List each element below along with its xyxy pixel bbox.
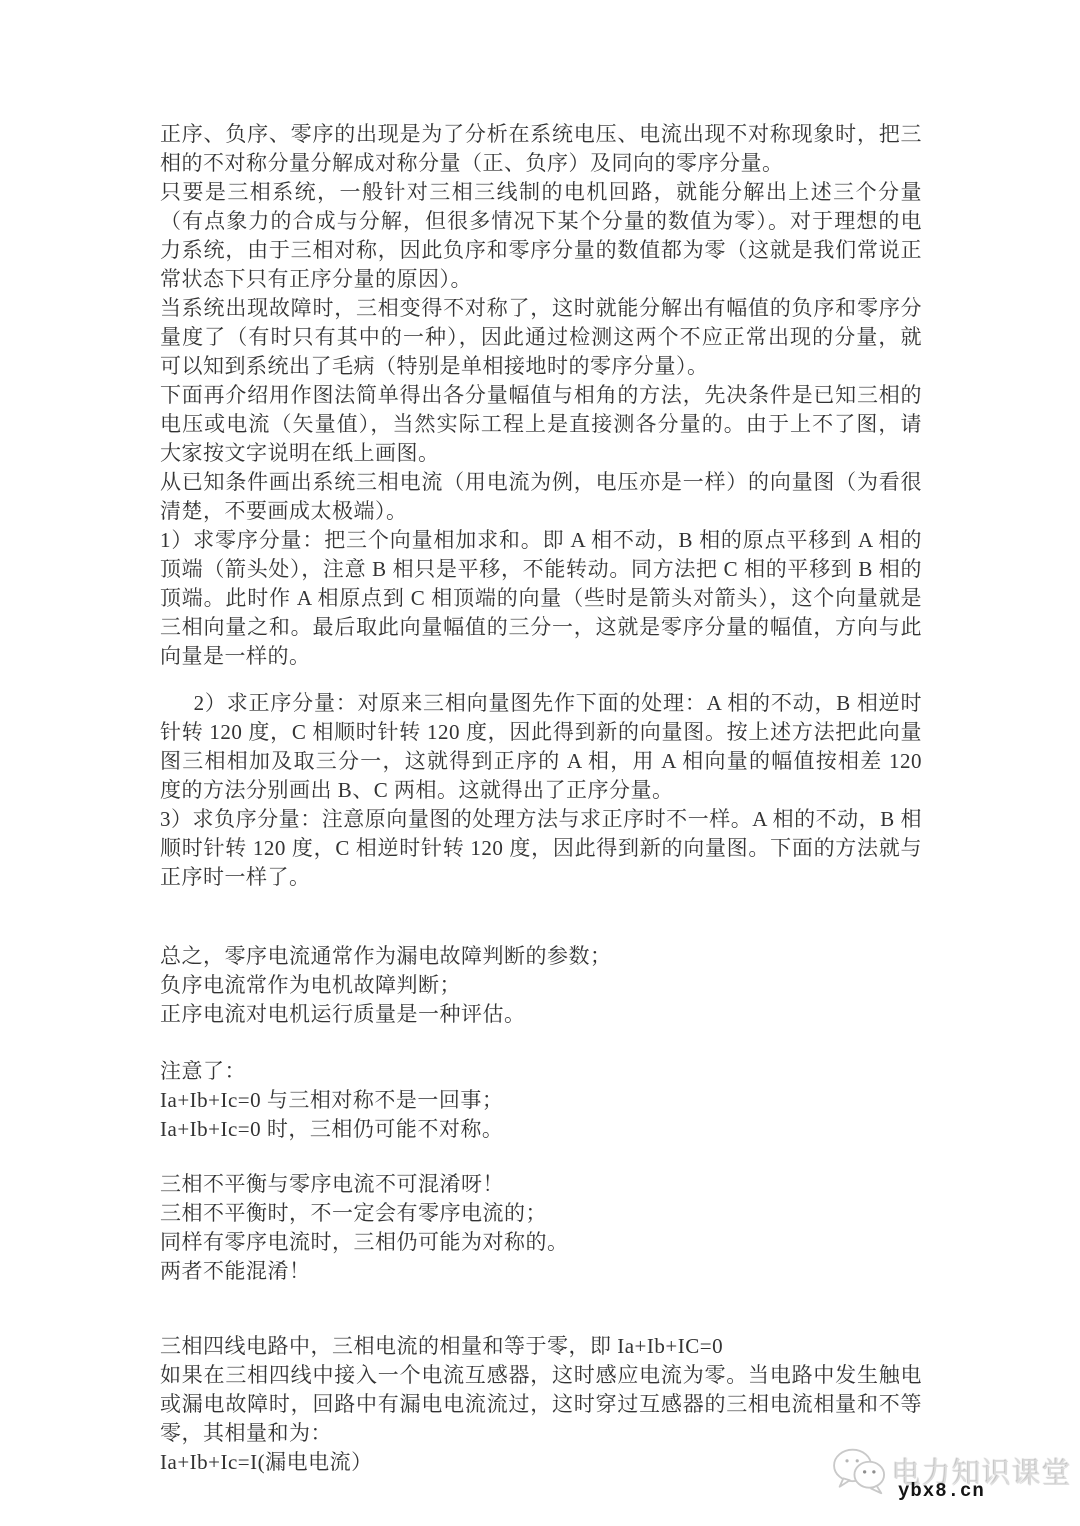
paragraph: 下面再介绍用作图法简单得出各分量幅值与相角的方法，先决条件是已知三相的电压或电流…	[160, 381, 922, 468]
note-heading: 注意了：	[160, 1057, 922, 1086]
watermark: 电力知识课堂 ybx8.cn	[830, 1446, 1070, 1510]
warning-line: 两者不能混淆！	[160, 1257, 922, 1286]
warning-line: 三相不平衡与零序电流不可混淆呀！	[160, 1170, 922, 1199]
paragraph-positive-sequence: 2）求正序分量：对原来三相向量图先作下面的处理：A 相的不动，B 相逆时针转 1…	[160, 689, 922, 805]
formula-line: Ia+Ib+Ic=0 与三相对称不是一回事；	[160, 1086, 922, 1115]
article-body: 正序、负序、零序的出现是为了分析在系统电压、电流出现不对称现象时，把三相的不对称…	[160, 120, 922, 1477]
warning-line: 三相不平衡时，不一定会有零序电流的；	[160, 1199, 922, 1228]
paragraph-negative-sequence: 3）求负序分量：注意原向量图的处理方法与求正序时不一样。A 相的不动，B 相顺时…	[160, 805, 922, 892]
summary-line: 正序电流对电机运行质量是一种评估。	[160, 1000, 922, 1029]
wechat-icon	[830, 1446, 890, 1496]
paragraph-zero-sequence: 1）求零序分量：把三个向量相加求和。即 A 相不动，B 相的原点平移到 A 相的…	[160, 526, 922, 671]
paragraph: 只要是三相系统，一般针对三相三线制的电机回路，就能分解出上述三个分量（有点象力的…	[160, 178, 922, 294]
summary-line: 负序电流常作为电机故障判断；	[160, 971, 922, 1000]
formula-line: Ia+Ib+Ic=0 时，三相仍可能不对称。	[160, 1115, 922, 1144]
paragraph: 从已知条件画出系统三相电流（用电流为例，电压亦是一样）的向量图（为看很清楚，不要…	[160, 468, 922, 526]
paragraph: 当系统出现故障时，三相变得不对称了，这时就能分解出有幅值的负序和零序分量度了（有…	[160, 294, 922, 381]
formula-line: Ia+Ib+Ic=I(漏电电流）	[160, 1448, 922, 1477]
document-page: 正序、负序、零序的出现是为了分析在系统电压、电流出现不对称现象时，把三相的不对称…	[0, 0, 1080, 1526]
paragraph: 正序、负序、零序的出现是为了分析在系统电压、电流出现不对称现象时，把三相的不对称…	[160, 120, 922, 178]
watermark-url: ybx8.cn	[898, 1480, 985, 1502]
summary-line: 总之，零序电流通常作为漏电故障判断的参数；	[160, 942, 922, 971]
paragraph-leakage: 如果在三相四线中接入一个电流互感器，这时感应电流为零。当电路中发生触电或漏电故障…	[160, 1361, 922, 1448]
warning-line: 同样有零序电流时，三相仍可能为对称的。	[160, 1228, 922, 1257]
paragraph-four-wire: 三相四线电路中，三相电流的相量和等于零，即 Ia+Ib+IC=0	[160, 1332, 922, 1361]
